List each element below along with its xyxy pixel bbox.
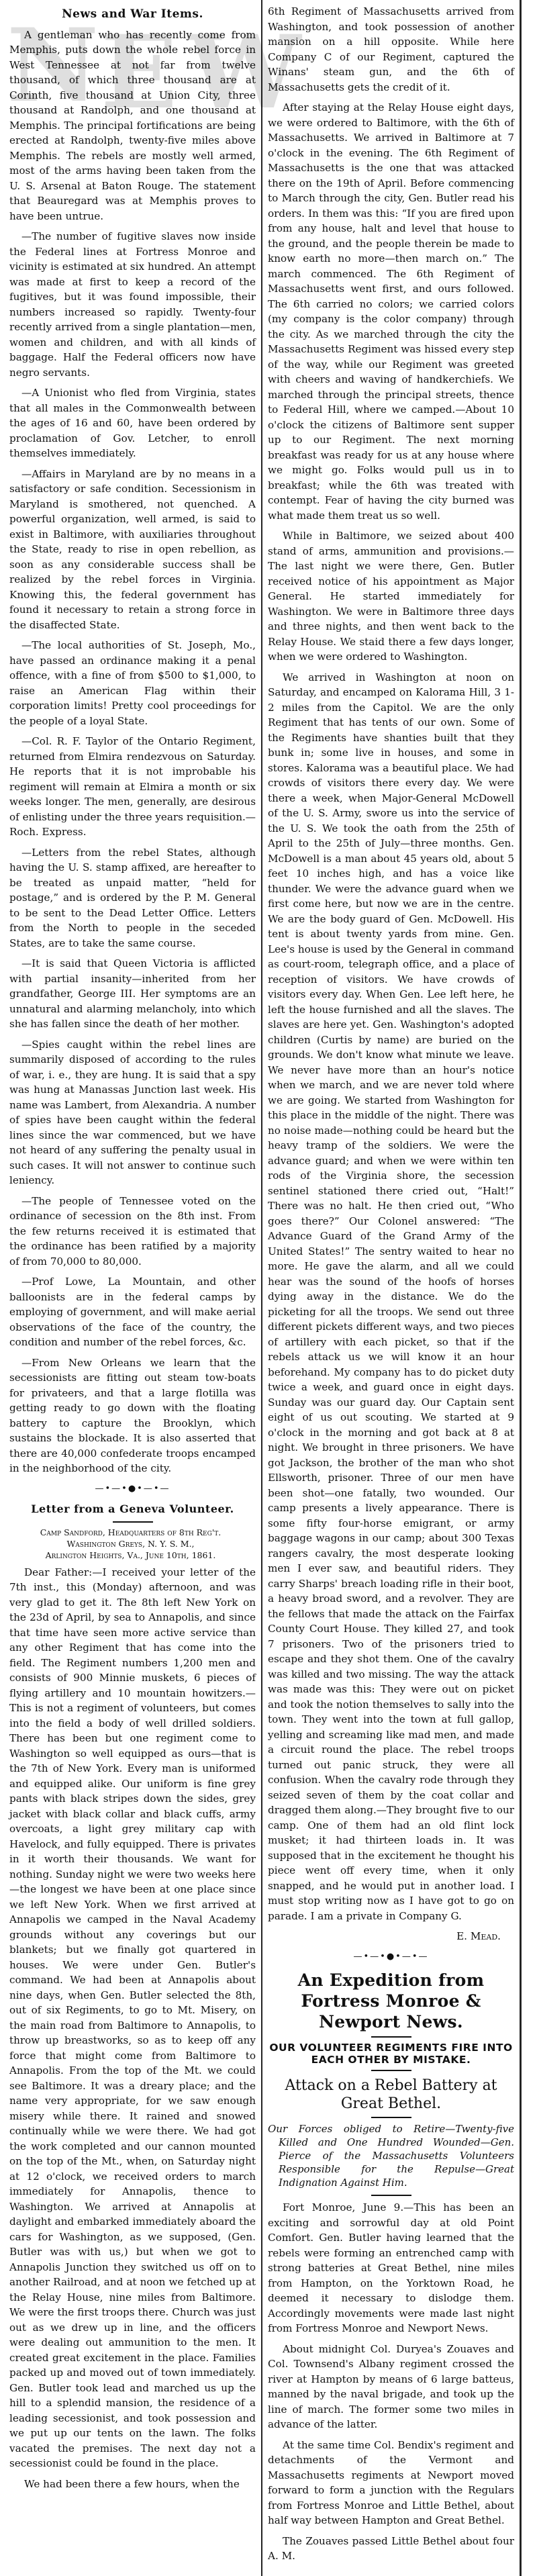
short-rule [371,2070,411,2071]
letter-signature: E. Mead. [268,1929,501,1944]
dateline-line: Washington Greys, N. Y. S. M., [9,1538,252,1549]
letter-body: Dear Father:—I received your letter of t… [9,1565,256,2471]
adjacent-column-edge [521,0,536,2576]
short-rule [371,2117,411,2118]
expedition-body: About midnight Col. Duryea's Zouaves and… [268,2342,514,2432]
news-item: —The local authorities of St. Joseph, Mo… [9,638,256,728]
ornamental-rule: —•—•●•—•— [268,1950,514,1965]
newspaper-page: News and War Items. A gentleman who has … [0,0,537,2576]
letter-continued: We arrived in Washington at noon on Satu… [268,670,514,1924]
section-title-news-and-war-items: News and War Items. [9,7,256,22]
letter-title: Letter from a Geneva Volunteer. [9,1502,256,1517]
expedition-body: Fort Monroe, June 9.—This has been an ex… [268,2200,514,2336]
letter-dateline: Camp Sandford, Headquarters of 8th Reg't… [9,1527,252,1561]
right-column: 6th Regiment of Massachusetts arrived fr… [262,0,521,2576]
expedition-subhead: Attack on a Rebel Battery at Great Bethe… [268,2077,514,2113]
news-item: —From New Orleans we learn that the sece… [9,1355,256,1476]
expedition-body: The Zouaves passed Little Bethel about f… [268,2534,514,2564]
news-item: —Affairs in Maryland are by no means in … [9,467,256,633]
short-rule [371,2195,411,2196]
news-item: —It is said that Queen Victoria is affli… [9,956,256,1032]
short-rule [113,1521,153,1523]
dateline-line: Arlington Heights, Va., June 10th, 1861. [9,1549,252,1561]
news-item: —The number of fugitive slaves now insid… [9,229,256,380]
expedition-headline: An Expedition from Fortress Monroe & New… [268,1970,514,2032]
letter-continued: After staying at the Relay House eight d… [268,100,514,523]
short-rule [371,2036,411,2038]
letter-body: We had been there a few hours, when the [9,2477,256,2492]
news-item: —The people of Tennessee voted on the or… [9,1194,256,1270]
news-item: —Spies caught within the rebel lines are… [9,1037,256,1188]
news-item: A gentleman who has recently come from M… [9,28,256,224]
dateline-line: Camp Sandford, Headquarters of 8th Reg't… [9,1527,252,1538]
left-column: News and War Items. A gentleman who has … [4,0,262,2576]
expedition-body: At the same time Col. Bendix's regiment … [268,2438,514,2528]
news-item: —Prof Lowe, La Mountain, and other ballo… [9,1274,256,1350]
letter-continued: While in Baltimore, we seized about 400 … [268,528,514,665]
expedition-subhead-caps: OUR VOLUNTEER REGIMENTS FIRE INTO EACH O… [268,2042,514,2066]
news-item: —Letters from the rebel States, although… [9,845,256,951]
expedition-deck: Our Forces obliged to Retire—Twenty-five… [268,2122,514,2189]
ornamental-rule: —•—•●•—•— [9,1482,256,1497]
letter-continued: 6th Regiment of Massachusetts arrived fr… [268,4,514,95]
news-item: —A Unionist who fled from Virginia, stat… [9,385,256,461]
news-item: —Col. R. F. Taylor of the Ontario Regime… [9,734,256,840]
